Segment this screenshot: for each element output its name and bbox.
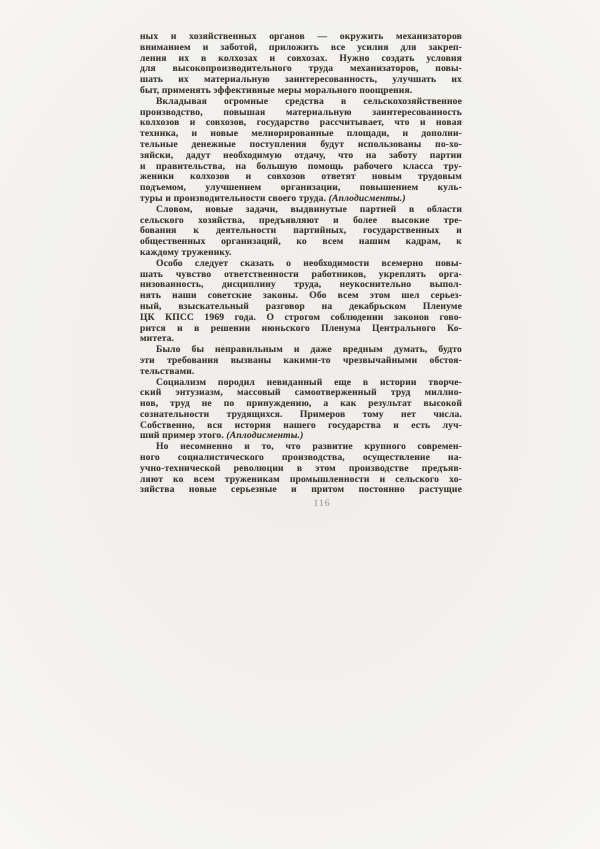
- paragraph: Но несомненно и то, что развитие крупног…: [140, 442, 462, 496]
- text-line: Особо следует сказать о необходимости вс…: [140, 259, 462, 270]
- text-line: Вкладывая огромные средства в сельскохоз…: [140, 97, 462, 108]
- paragraph: ных и хозяйственных органов — окружить м…: [140, 32, 462, 97]
- text-line: зяйски, дадут необходимую отдачу, что на…: [140, 151, 462, 162]
- text-line: зяйства новые серьезные и притом постоян…: [140, 485, 462, 496]
- applause-remark: (Аплодисменты.): [226, 430, 303, 441]
- text-line: Словом, новые задачи, выдвинутые партией…: [140, 205, 462, 216]
- paragraph: Вкладывая огромные средства в сельскохоз…: [140, 97, 462, 205]
- text-line: вниманием и заботой, приложить все усили…: [140, 43, 462, 54]
- page-number: 116: [300, 499, 344, 509]
- text-line: ЦК КПСС 1969 года. О строгом соблюдении …: [140, 313, 462, 324]
- text-block: ных и хозяйственных органов — окружить м…: [140, 32, 462, 496]
- paragraph: Было бы неправильным и даже вредным дума…: [140, 345, 462, 377]
- paragraph: Словом, новые задачи, выдвинутые партией…: [140, 205, 462, 259]
- text-line: тельствами.: [140, 367, 462, 378]
- paragraph: Особо следует сказать о необходимости вс…: [140, 259, 462, 345]
- scan-page: ных и хозяйственных органов — окружить м…: [0, 0, 600, 849]
- paragraph: Социализм породил невиданный еще в истор…: [140, 378, 462, 443]
- text-line: рится и в решении июньского Пленума Цент…: [140, 324, 462, 335]
- applause-remark: (Аплодисменты.): [329, 193, 406, 204]
